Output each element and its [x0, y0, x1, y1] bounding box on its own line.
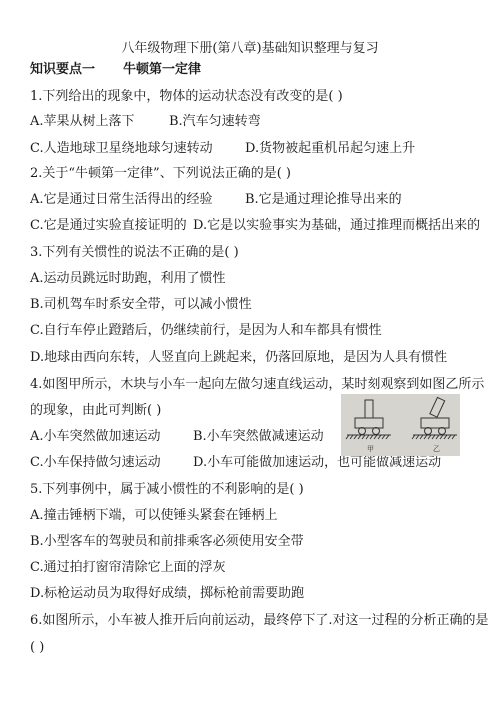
question-3-option-a: A.运动员跳远时助跑，利用了惯性	[30, 271, 226, 287]
question-3-stem: 3.下列有关惯性的说法不正确的是( )	[30, 245, 239, 261]
question-3-option-b: B.司机驾车时系安全带，可以减小惯性	[30, 297, 252, 313]
figure-label-yi: 乙	[433, 445, 440, 453]
question-5-option-a: A.撞击锤柄下端，可以使锤头紧套在锤柄上	[30, 508, 278, 524]
question-4-stem: 4.如图甲所示，木块与小车一起向左做匀速直线运动，某时刻观察到如图乙所示	[30, 377, 484, 393]
question-4-option-d: D.小车可能做加速运动，也可能做减速运动	[193, 455, 441, 471]
question-1-option-c: C.人造地球卫星绕地球匀速转动	[30, 141, 213, 157]
question-4-option-a: A.小车突然做加速运动	[30, 429, 161, 445]
question-5-stem: 5.下列事例中，属于减小惯性的不利影响的是( )	[30, 482, 304, 498]
section-label: 知识要点一	[30, 62, 95, 77]
question-3-option-d: D.地球由西向东转，人竖直向上跳起来，仍落回原地，是因为人具有惯性	[30, 350, 447, 366]
question-2-option-d: D.它是以实验事实为基础，通过推理而概括出来的	[193, 218, 480, 234]
question-2-stem: 2.关于“牛顿第一定律”、下列说法正确的是( )	[30, 166, 291, 182]
figure-label-jia: 甲	[367, 445, 374, 453]
question-4-stem-cont: 的现象，由此可判断( )	[30, 403, 161, 419]
question-6-stem: 6.如图所示，小车被人推开后向前运动，最终停下了.对这一过程的分析正确的是	[30, 613, 489, 629]
cart-diagram-icon: 甲 乙	[341, 394, 460, 456]
document-title: 八年级物理下册(第八章)基础知识整理与复习	[0, 37, 500, 56]
question-1-option-b: B.汽车匀速转弯	[169, 114, 261, 130]
question-6-stem-cont: ( )	[30, 640, 44, 656]
question-5-option-b: B.小型客车的驾驶员和前排乘客必须使用安全带	[30, 534, 304, 550]
question-1-option-d: D.货物被起重机吊起匀速上升	[245, 141, 415, 157]
cart-block-figure: 甲 乙	[341, 394, 460, 456]
question-1-stem: 1.下列给出的现象中，物体的运动状态没有改变的是( )	[30, 89, 343, 105]
question-2-option-b: B.它是通过理论推导出来的	[245, 192, 402, 208]
question-4-option-b: B.小车突然做减速运动	[193, 429, 324, 445]
question-4-option-c: C.小车保持做匀速运动	[30, 455, 161, 471]
question-2-option-c: C.它是通过实验直接证明的	[30, 218, 187, 234]
question-1-option-a: A.苹果从树上落下	[30, 114, 135, 130]
question-3-option-c: C.自行车停止蹬踏后，仍继续前行，是因为人和车都具有惯性	[30, 323, 382, 339]
question-5-option-c: C.通过拍打窗帘清除它上面的浮灰	[30, 560, 226, 576]
section-heading: 知识要点一牛顿第一定律	[30, 62, 201, 78]
question-5-option-d: D.标枪运动员为取得好成绩，掷标枪前需要助跑	[30, 586, 304, 602]
section-name: 牛顿第一定律	[123, 62, 201, 77]
question-2-option-a: A.它是通过日常生活得出的经验	[30, 192, 213, 208]
